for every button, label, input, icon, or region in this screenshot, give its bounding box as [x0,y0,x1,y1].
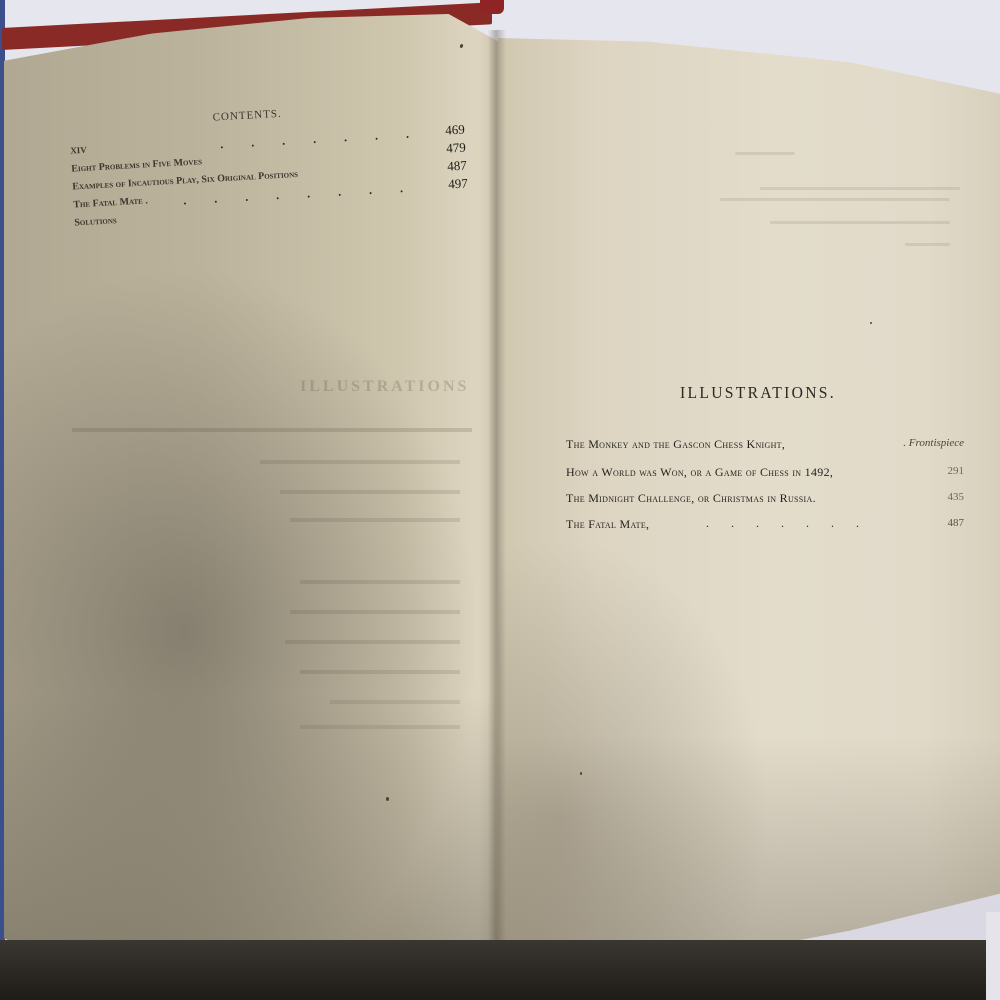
illustration-title: The Midnight Challenge, or Christmas in … [566,491,816,505]
illustrations-heading: ILLUSTRATIONS. [680,383,836,403]
illustration-entry: How a World was Won, or a Game of Chess … [566,465,964,480]
bleed-line [300,580,460,584]
bleed-line [735,152,795,155]
bleed-line [260,460,460,464]
illustration-title: The Fatal Mate, [566,517,649,531]
illustration-title: How a World was Won, or a Game of Chess … [566,465,833,479]
bleed-line [330,700,460,704]
illustration-ref: 435 [948,491,965,503]
paper-speck [870,322,872,324]
bleed-line [300,670,460,674]
illustration-ref: 487 [948,517,965,529]
contents-entry-page: 487 [447,158,467,175]
paper-speck [580,772,582,775]
bleed-heading: ILLUSTRATIONS [300,378,469,396]
illustration-ref: 291 [948,465,965,477]
bleed-line [285,640,460,644]
table-surface [0,940,1000,1000]
bleed-line [290,610,460,614]
book-gutter [488,30,506,990]
bleed-line [720,198,950,201]
bleed-line [300,725,460,729]
bleed-line [770,221,950,224]
bleed-line [72,428,472,432]
book-photo-scene: ILLUSTRATIONS CONTENTS. xiv ....... 469 … [0,0,1000,1000]
bleed-line [280,490,460,494]
bleed-line [760,187,960,190]
illustration-ref: . Frontispiece [903,437,964,449]
illustration-entry: The Monkey and the Gascon Chess Knight, … [566,437,964,452]
book-cover-red-top [480,0,504,14]
contents-entry-page: 497 [448,175,468,192]
illustration-entry: The Fatal Mate, ....... 487 [566,517,964,532]
contents-entry-page: 469 [445,122,465,139]
background-corner [986,912,1000,1000]
illustration-title: The Monkey and the Gascon Chess Knight, [566,437,785,451]
bleed-line [905,243,950,246]
paper-speck [386,797,389,801]
illustration-entry: The Midnight Challenge, or Christmas in … [566,491,964,506]
contents-entry-page: 479 [446,140,466,157]
contents-page-number: xiv [70,145,87,156]
leader-dots: ....... [706,516,881,531]
bleed-line [290,518,460,522]
